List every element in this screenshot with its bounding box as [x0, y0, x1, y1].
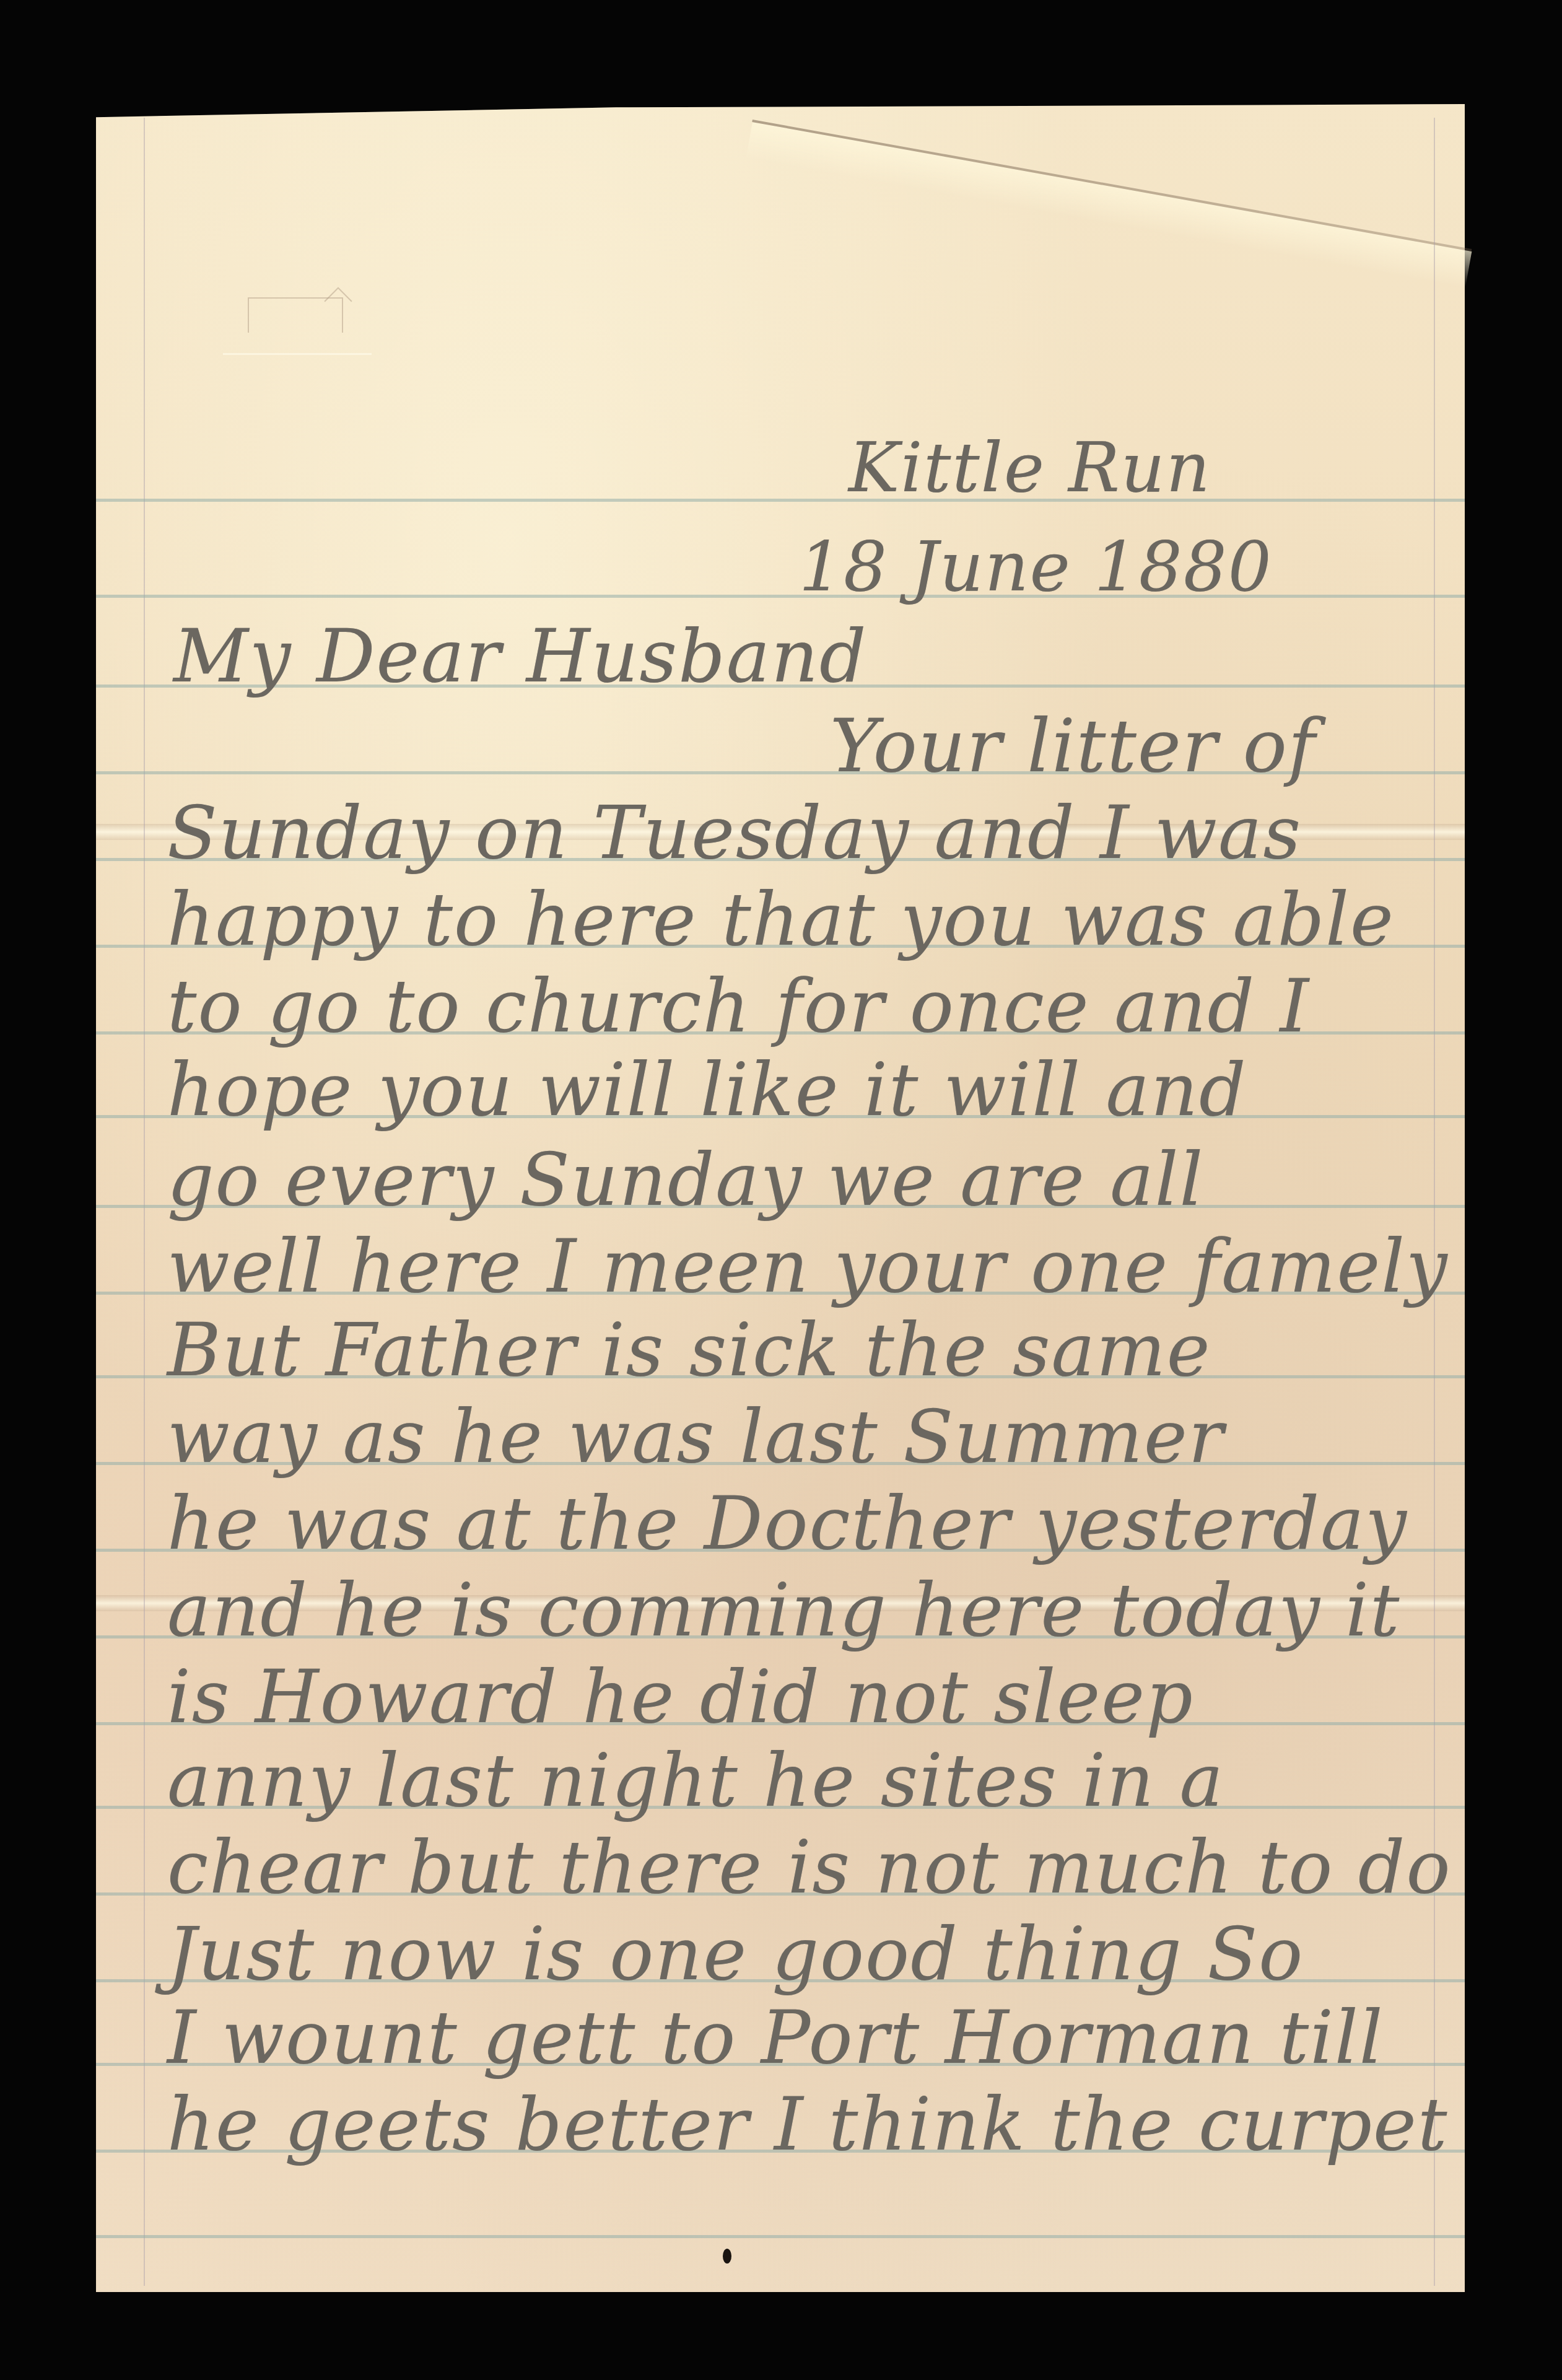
letter-line: Sunday on Tuesday and I was	[167, 796, 1302, 869]
letter-line: anny last night he sites in a	[167, 1744, 1224, 1817]
letter-line: chear but there is not much to do	[167, 1831, 1451, 1904]
ink-spot	[723, 2249, 731, 2264]
ruled-line	[96, 2235, 1465, 2238]
right-margin-line	[1434, 118, 1435, 2286]
letter-line: But Father is sick the same	[167, 1313, 1211, 1386]
letter-line: is Howard he did not sleep	[167, 1660, 1194, 1733]
letter-line: to go to church for once and I	[167, 969, 1310, 1043]
letter-line: and he is comming here today it	[167, 1573, 1400, 1647]
embossed-building-mark	[223, 291, 372, 355]
letter-line: Your litter of	[830, 709, 1316, 782]
letter-line: go every Sunday we are all	[167, 1143, 1204, 1216]
letter-place: Kittle Run	[849, 434, 1211, 502]
letter-date: 18 June 1880	[799, 533, 1273, 601]
letter-line: way as he was last Summer	[167, 1400, 1224, 1473]
left-margin-line	[144, 118, 145, 2286]
letter-line: happy to here that you was able	[167, 883, 1395, 956]
ruled-line	[96, 499, 1465, 502]
letter-line: I wount gett to Port Horman till	[167, 2001, 1384, 2074]
letter-line: hope you will like it will and	[167, 1053, 1247, 1126]
letter-line: he was at the Docther yesterday	[167, 1487, 1408, 1560]
letter-line: he geets better I think the curpet	[167, 2088, 1448, 2161]
letter-salutation: My Dear Husband	[173, 619, 868, 693]
letter-line: Just now is one good thing So	[167, 1917, 1304, 1990]
letter-line: well here I meen your one famely	[167, 1230, 1449, 1303]
